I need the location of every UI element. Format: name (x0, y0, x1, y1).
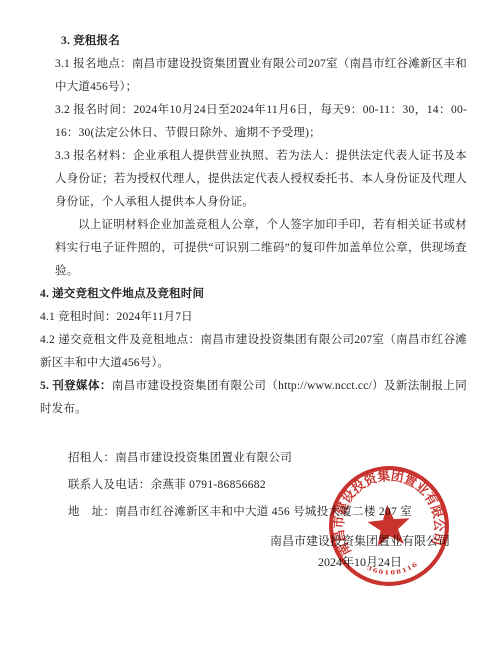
signature-block: 南昌市建设投资集团置业有限公司 2024年10月24日 (259, 531, 461, 573)
announcement-page: 3. 竞租报名 3.1 报名地点：南昌市建设投资集团置业有限公司207室（南昌市… (0, 0, 503, 669)
clause-4-2: 4.2 递交竞租文件及竞租地点：南昌市建设投资集团有限公司207室（南昌市红谷滩… (40, 329, 467, 375)
section-5: 5. 刊登媒体：南昌市建设投资集团有限公司（http://www.ncct.cc… (40, 375, 467, 421)
clause-3-1: 3.1 报名地点：南昌市建设投资集团置业有限公司207室（南昌市红谷滩新区丰和中… (55, 53, 467, 99)
section-4-heading: 4. 递交竞租文件地点及竞租时间 (40, 283, 467, 306)
contact-block: 招租人：南昌市建设投资集团置业有限公司 联系人及电话：余燕菲 0791-8685… (68, 445, 467, 526)
materials-note-paragraph: 以上证明材料企业加盖竞租人公章，个人签字加印手印，若有相关证书或材料实行电子证件… (55, 214, 467, 283)
contact-phone-line: 联系人及电话：余燕菲 0791-86856682 (68, 472, 467, 499)
clause-4-1: 4.1 竞租时间：2024年11月7日 (40, 306, 467, 329)
lessor-line: 招租人：南昌市建设投资集团置业有限公司 (68, 445, 467, 472)
clause-3-2: 3.2 报名时间：2024年10月24日至2024年11月6日，每天9：00-1… (55, 99, 467, 145)
address-line: 地 址：南昌市红谷滩新区丰和中大道 456 号城投大厦二楼 207 室 (68, 499, 467, 526)
section-3-heading: 3. 竞租报名 (61, 30, 467, 53)
section-5-heading: 5. 刊登媒体： (40, 380, 112, 392)
section-3: 3. 竞租报名 3.1 报名地点：南昌市建设投资集团置业有限公司207室（南昌市… (55, 30, 467, 283)
signature-date: 2024年10月24日 (259, 552, 461, 573)
signature-company: 南昌市建设投资集团置业有限公司 (259, 531, 461, 552)
announcement-body: 3. 竞租报名 3.1 报名地点：南昌市建设投资集团置业有限公司207室（南昌市… (40, 30, 467, 421)
section-4: 4. 递交竞租文件地点及竞租时间 4.1 竞租时间：2024年11月7日 4.2… (40, 283, 467, 375)
clause-3-3: 3.3 报名材料：企业承租人提供营业执照、若为法人：提供法定代表人证书及本人身份… (55, 145, 467, 214)
